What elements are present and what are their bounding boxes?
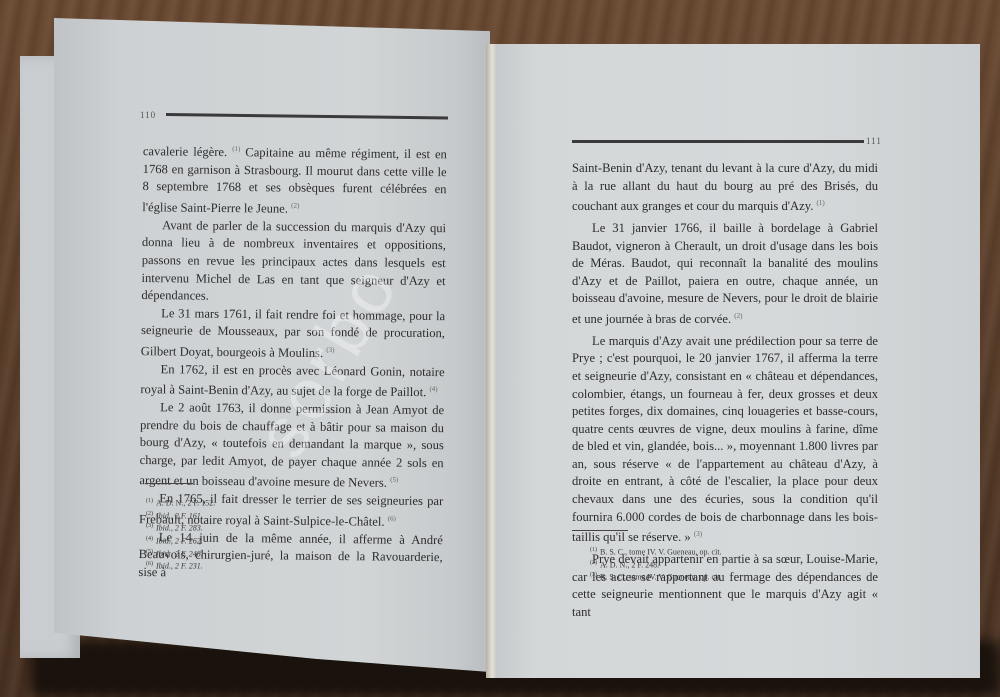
footnote: (3)B. S. C., tome IV. V. Gueneau, op. ci…: [590, 570, 722, 583]
footnote-number: (3): [146, 523, 153, 529]
footnote-text: Ibid., 2 F. 161.: [156, 511, 203, 520]
footnote: (1)B. S. C., tome IV. V. Gueneau, op. ci…: [590, 545, 722, 558]
footnote: (2)Ibid., 2 F. 161.: [146, 509, 215, 522]
footnote-ref[interactable]: (2): [734, 312, 742, 320]
footnote-text: B. S. C., tome IV. V. Gueneau, op. cit.: [600, 548, 722, 557]
footnote-text: Ibid., 2 F. 283.: [156, 524, 203, 533]
footnote-number: (2): [590, 560, 597, 566]
footnote-ref[interactable]: (5): [390, 476, 398, 484]
footnote: (1)A. D. N., 2 F. 152.: [146, 496, 215, 509]
right-footnote-rule: [572, 530, 628, 531]
footnote-number: (1): [590, 547, 597, 553]
footnote-number: (2): [146, 511, 153, 517]
footnote-text: Ibid., 2 F. 231.: [156, 562, 203, 571]
footnote-number: (3): [590, 572, 597, 578]
right-page-number: 111: [866, 136, 882, 146]
footnote-ref[interactable]: (4): [429, 385, 437, 393]
paragraph-text: cavalerie légère.: [143, 144, 227, 159]
footnote: (3)Ibid., 2 F. 283.: [146, 521, 215, 534]
paragraph: Le marquis d'Azy avait une prédilection …: [572, 333, 878, 547]
footnote-ref[interactable]: (2): [291, 202, 299, 210]
footnote-text: B. S. C., tome IV. V. Gueneau, op. cit.: [600, 573, 722, 582]
footnote-ref[interactable]: (3): [694, 530, 702, 538]
footnote-ref[interactable]: (6): [388, 514, 396, 522]
footnote-text: A. D. N., 2 F. 152.: [156, 499, 215, 508]
footnote-ref[interactable]: (1): [817, 199, 825, 207]
left-footnotes: (1)A. D. N., 2 F. 152. (2)Ibid., 2 F. 16…: [146, 496, 215, 572]
left-page-number: 110: [140, 110, 156, 120]
paragraph-text: Le 31 janvier 1766, il baille à bordelag…: [572, 221, 878, 326]
paragraph-text: Saint-Benin d'Azy, tenant du levant à la…: [572, 161, 878, 213]
right-header-rule: [572, 140, 864, 143]
footnote-number: (6): [146, 561, 153, 567]
footnote: (5)Ibid., 2 F. 248.: [146, 547, 215, 560]
footnote: (4)Ibid., 2 F. 262.: [146, 534, 215, 547]
paragraph: cavalerie légère. (1) Capitaine au même …: [142, 140, 447, 220]
footnote-number: (1): [146, 498, 153, 504]
footnote-number: (5): [146, 549, 153, 555]
footnote-text: Ibid., 2 F. 248.: [156, 549, 203, 558]
footnote-text: Ibid., 2 F. 262.: [156, 537, 203, 546]
footnote-number: (4): [146, 536, 153, 542]
paragraph: Le 31 janvier 1766, il baille à bordelag…: [572, 220, 878, 329]
footnote-text: A. D. N., 2 F. 248.: [600, 560, 659, 569]
paragraph: Saint-Benin d'Azy, tenant du levant à la…: [572, 160, 878, 216]
left-footnote-rule: [145, 483, 193, 484]
paragraph-text: Le marquis d'Azy avait une prédilection …: [572, 334, 878, 545]
book-gutter: [486, 44, 496, 678]
footnote: (2)A. D. N., 2 F. 248.: [590, 558, 722, 571]
footnote-ref[interactable]: (1): [232, 145, 240, 153]
footnote: (6)Ibid., 2 F. 231.: [146, 559, 215, 572]
right-footnotes: (1)B. S. C., tome IV. V. Gueneau, op. ci…: [590, 545, 722, 583]
